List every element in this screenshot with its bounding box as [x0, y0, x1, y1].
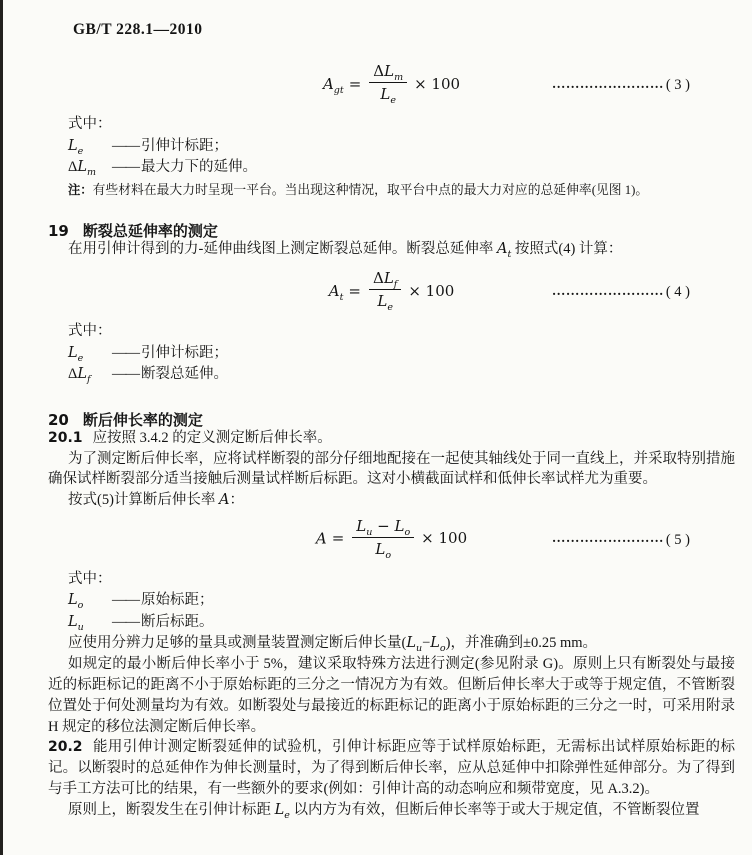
- equation-number: ( 5 ): [666, 532, 690, 548]
- math-variable: Lu: [68, 614, 84, 630]
- document-page: GB/T 228.1—2010 Agt=ΔLmLe× 100 ……………………(…: [0, 0, 752, 855]
- dot-leader: ……………………: [552, 75, 664, 90]
- standard-number-header: GB/T 228.1—2010: [73, 22, 735, 38]
- definition-text: 原始标距；: [141, 590, 214, 612]
- equation-number: ( 4 ): [666, 284, 690, 300]
- definition-dash: ——: [112, 343, 139, 365]
- symbol: Le: [68, 343, 112, 365]
- fraction-numerator: Lu − Lo: [352, 517, 414, 538]
- definition-dash: ——: [112, 136, 139, 158]
- definition-text: 断后标距。: [141, 612, 214, 634]
- symbol: Lu: [68, 612, 112, 634]
- scan-edge-line: [0, 0, 3, 855]
- definition-item: ΔLm —— 最大力下的延伸。: [68, 157, 735, 179]
- paragraph-formula5-intro: 按式(5)计算断后伸长率 A：: [48, 490, 735, 511]
- paragraph-validity: 如规定的最小断后伸长率小于 5%，建议采取特殊方法进行测定(参见附录 G)。原则…: [48, 654, 735, 737]
- definition-text: 断裂总延伸。: [141, 364, 228, 386]
- section-title: 断裂总延伸率的测定: [83, 222, 218, 240]
- clause-text: 能用引伸计测定断裂延伸的试验机，引伸计标距应等于试样原始标距，无需标出试样原始标…: [48, 739, 735, 797]
- where-label: 式中：: [68, 569, 735, 591]
- equation-4-formula: At=ΔLfLe× 100: [329, 271, 455, 312]
- math-variable: Lf: [384, 269, 398, 287]
- section-heading-19: 19断裂总延伸率的测定: [48, 223, 735, 239]
- math-variable: Lo: [68, 592, 83, 608]
- where-block-3: 式中： Le —— 引伸计标距； ΔLm —— 最大力下的延伸。: [68, 114, 735, 179]
- definition-text: 最大力下的延伸。: [141, 157, 257, 179]
- paragraph-19: 在用引伸计得到的力-延伸曲线图上测定断裂总延伸。断裂总延伸率 At 按照式(4)…: [48, 239, 735, 260]
- math-variable: Lm: [384, 62, 403, 80]
- fraction: ΔLmLe: [369, 62, 407, 103]
- equation-5-reference: ……………………( 5 ): [552, 528, 690, 550]
- symbol: Lo: [68, 590, 112, 612]
- fraction: Lu − LoLo: [352, 517, 414, 558]
- equation-3-row: Agt=ΔLmLe× 100 ……………………( 3 ): [48, 64, 735, 105]
- math-variable: A: [316, 529, 327, 547]
- section-number: 19: [48, 222, 69, 240]
- definition-dash: ——: [112, 612, 139, 634]
- equation-4-reference: ……………………( 4 ): [552, 281, 690, 303]
- note-text: 有些材料在最大力时呈现一平台。当出现这种情况，取平台中点的最大力对应的总延伸率(…: [93, 183, 649, 197]
- equation-5-row: A=Lu − LoLo× 100 ……………………( 5 ): [48, 519, 735, 560]
- clause-20-2: 20.2能用引伸计测定断裂延伸的试验机，引伸计标距应等于试样原始标距，无需标出试…: [48, 737, 735, 799]
- clause-number: 20.2: [48, 739, 83, 755]
- where-block-5: 式中： Lo —— 原始标距； Lu —— 断后标距。: [68, 569, 735, 634]
- definition-item: Lu —— 断后标距。: [68, 612, 735, 634]
- multiplier: × 100: [408, 282, 454, 300]
- clause-number: 20.1: [48, 430, 83, 446]
- equals-sign: =: [349, 75, 362, 93]
- equals-sign: =: [332, 529, 345, 547]
- fraction-denominator: Le: [369, 83, 407, 103]
- page-content: GB/T 228.1—2010 Agt=ΔLmLe× 100 ……………………(…: [0, 0, 752, 821]
- where-label: 式中：: [68, 321, 735, 343]
- math-variable: Lf: [77, 366, 90, 382]
- clause-20-1: 20.1应按照 3.4.2 的定义测定断后伸长率。: [48, 428, 735, 449]
- math-variable: Lu: [356, 517, 372, 535]
- equation-lhs: At: [329, 282, 344, 300]
- symbol: Le: [68, 136, 112, 158]
- fraction-denominator: Le: [369, 290, 401, 310]
- fraction-denominator: Lo: [352, 538, 414, 558]
- equation-lhs: Agt: [323, 75, 344, 93]
- math-variable: Le: [68, 345, 83, 361]
- paragraph-principle: 原则上，断裂发生在引伸计标距 Le 以内方为有效，但断后伸长率等于或大于规定值，…: [48, 800, 735, 821]
- math-variable: A: [219, 492, 229, 508]
- note-label: 注：: [68, 183, 93, 197]
- math-variable: Lo: [394, 517, 410, 535]
- note-row: 注：有些材料在最大力时呈现一平台。当出现这种情况，取平台中点的最大力对应的总延伸…: [68, 180, 735, 200]
- math-variable: Le: [275, 802, 290, 818]
- definition-text: 引伸计标距；: [141, 343, 228, 365]
- equation-4-row: At=ΔLfLe× 100 ……………………( 4 ): [48, 271, 735, 312]
- clause-text: 应按照 3.4.2 的定义测定断后伸长率。: [93, 430, 332, 446]
- dot-leader: ……………………: [552, 283, 664, 298]
- definition-item: ΔLf —— 断裂总延伸。: [68, 364, 735, 386]
- definition-item: Le —— 引伸计标距；: [68, 136, 735, 158]
- math-variable: Agt: [323, 75, 344, 93]
- definition-dash: ——: [112, 157, 139, 179]
- section-number: 20: [48, 411, 69, 429]
- math-variable: Lo: [430, 635, 445, 651]
- math-variable: Lm: [77, 159, 96, 175]
- math-variable: Lo: [375, 540, 391, 558]
- section-title: 断后伸长率的测定: [83, 411, 203, 429]
- math-variable: At: [497, 241, 511, 257]
- definition-item: Lo —— 原始标距；: [68, 590, 735, 612]
- where-block-4: 式中： Le —— 引伸计标距； ΔLf —— 断裂总延伸。: [68, 321, 735, 386]
- dot-leader: ……………………: [552, 530, 664, 545]
- equation-lhs: A: [316, 529, 327, 547]
- where-label: 式中：: [68, 114, 735, 136]
- multiplier: × 100: [421, 529, 467, 547]
- math-variable: Le: [68, 138, 83, 154]
- multiplier: × 100: [414, 75, 460, 93]
- equation-3-reference: ……………………( 3 ): [552, 73, 690, 95]
- symbol: ΔLm: [68, 157, 112, 179]
- paragraph-measure: 为了测定断后伸长率，应将试样断裂的部分仔细地配接在一起使其轴线处于同一直线上，并…: [48, 449, 735, 491]
- equation-3-formula: Agt=ΔLmLe× 100: [323, 64, 460, 105]
- fraction-numerator: ΔLf: [369, 269, 401, 290]
- fraction: ΔLfLe: [369, 269, 401, 310]
- math-variable: Le: [377, 292, 393, 310]
- equals-sign: =: [348, 282, 361, 300]
- math-variable: Le: [380, 85, 396, 103]
- math-variable: At: [329, 282, 344, 300]
- symbol: ΔLf: [68, 364, 112, 386]
- fraction-numerator: ΔLm: [369, 62, 407, 83]
- definition-item: Le —— 引伸计标距；: [68, 343, 735, 365]
- definition-dash: ——: [112, 590, 139, 612]
- paragraph-accuracy: 应使用分辨力足够的量具或测量装置测定断后伸长量(Lu−Lo)，并准确到±0.25…: [48, 633, 735, 654]
- definition-dash: ——: [112, 364, 139, 386]
- equation-number: ( 3 ): [666, 77, 690, 93]
- math-variable: Lu: [406, 635, 422, 651]
- equation-5-formula: A=Lu − LoLo× 100: [316, 519, 467, 560]
- section-heading-20: 20断后伸长率的测定: [48, 412, 735, 428]
- definition-text: 引伸计标距；: [141, 136, 228, 158]
